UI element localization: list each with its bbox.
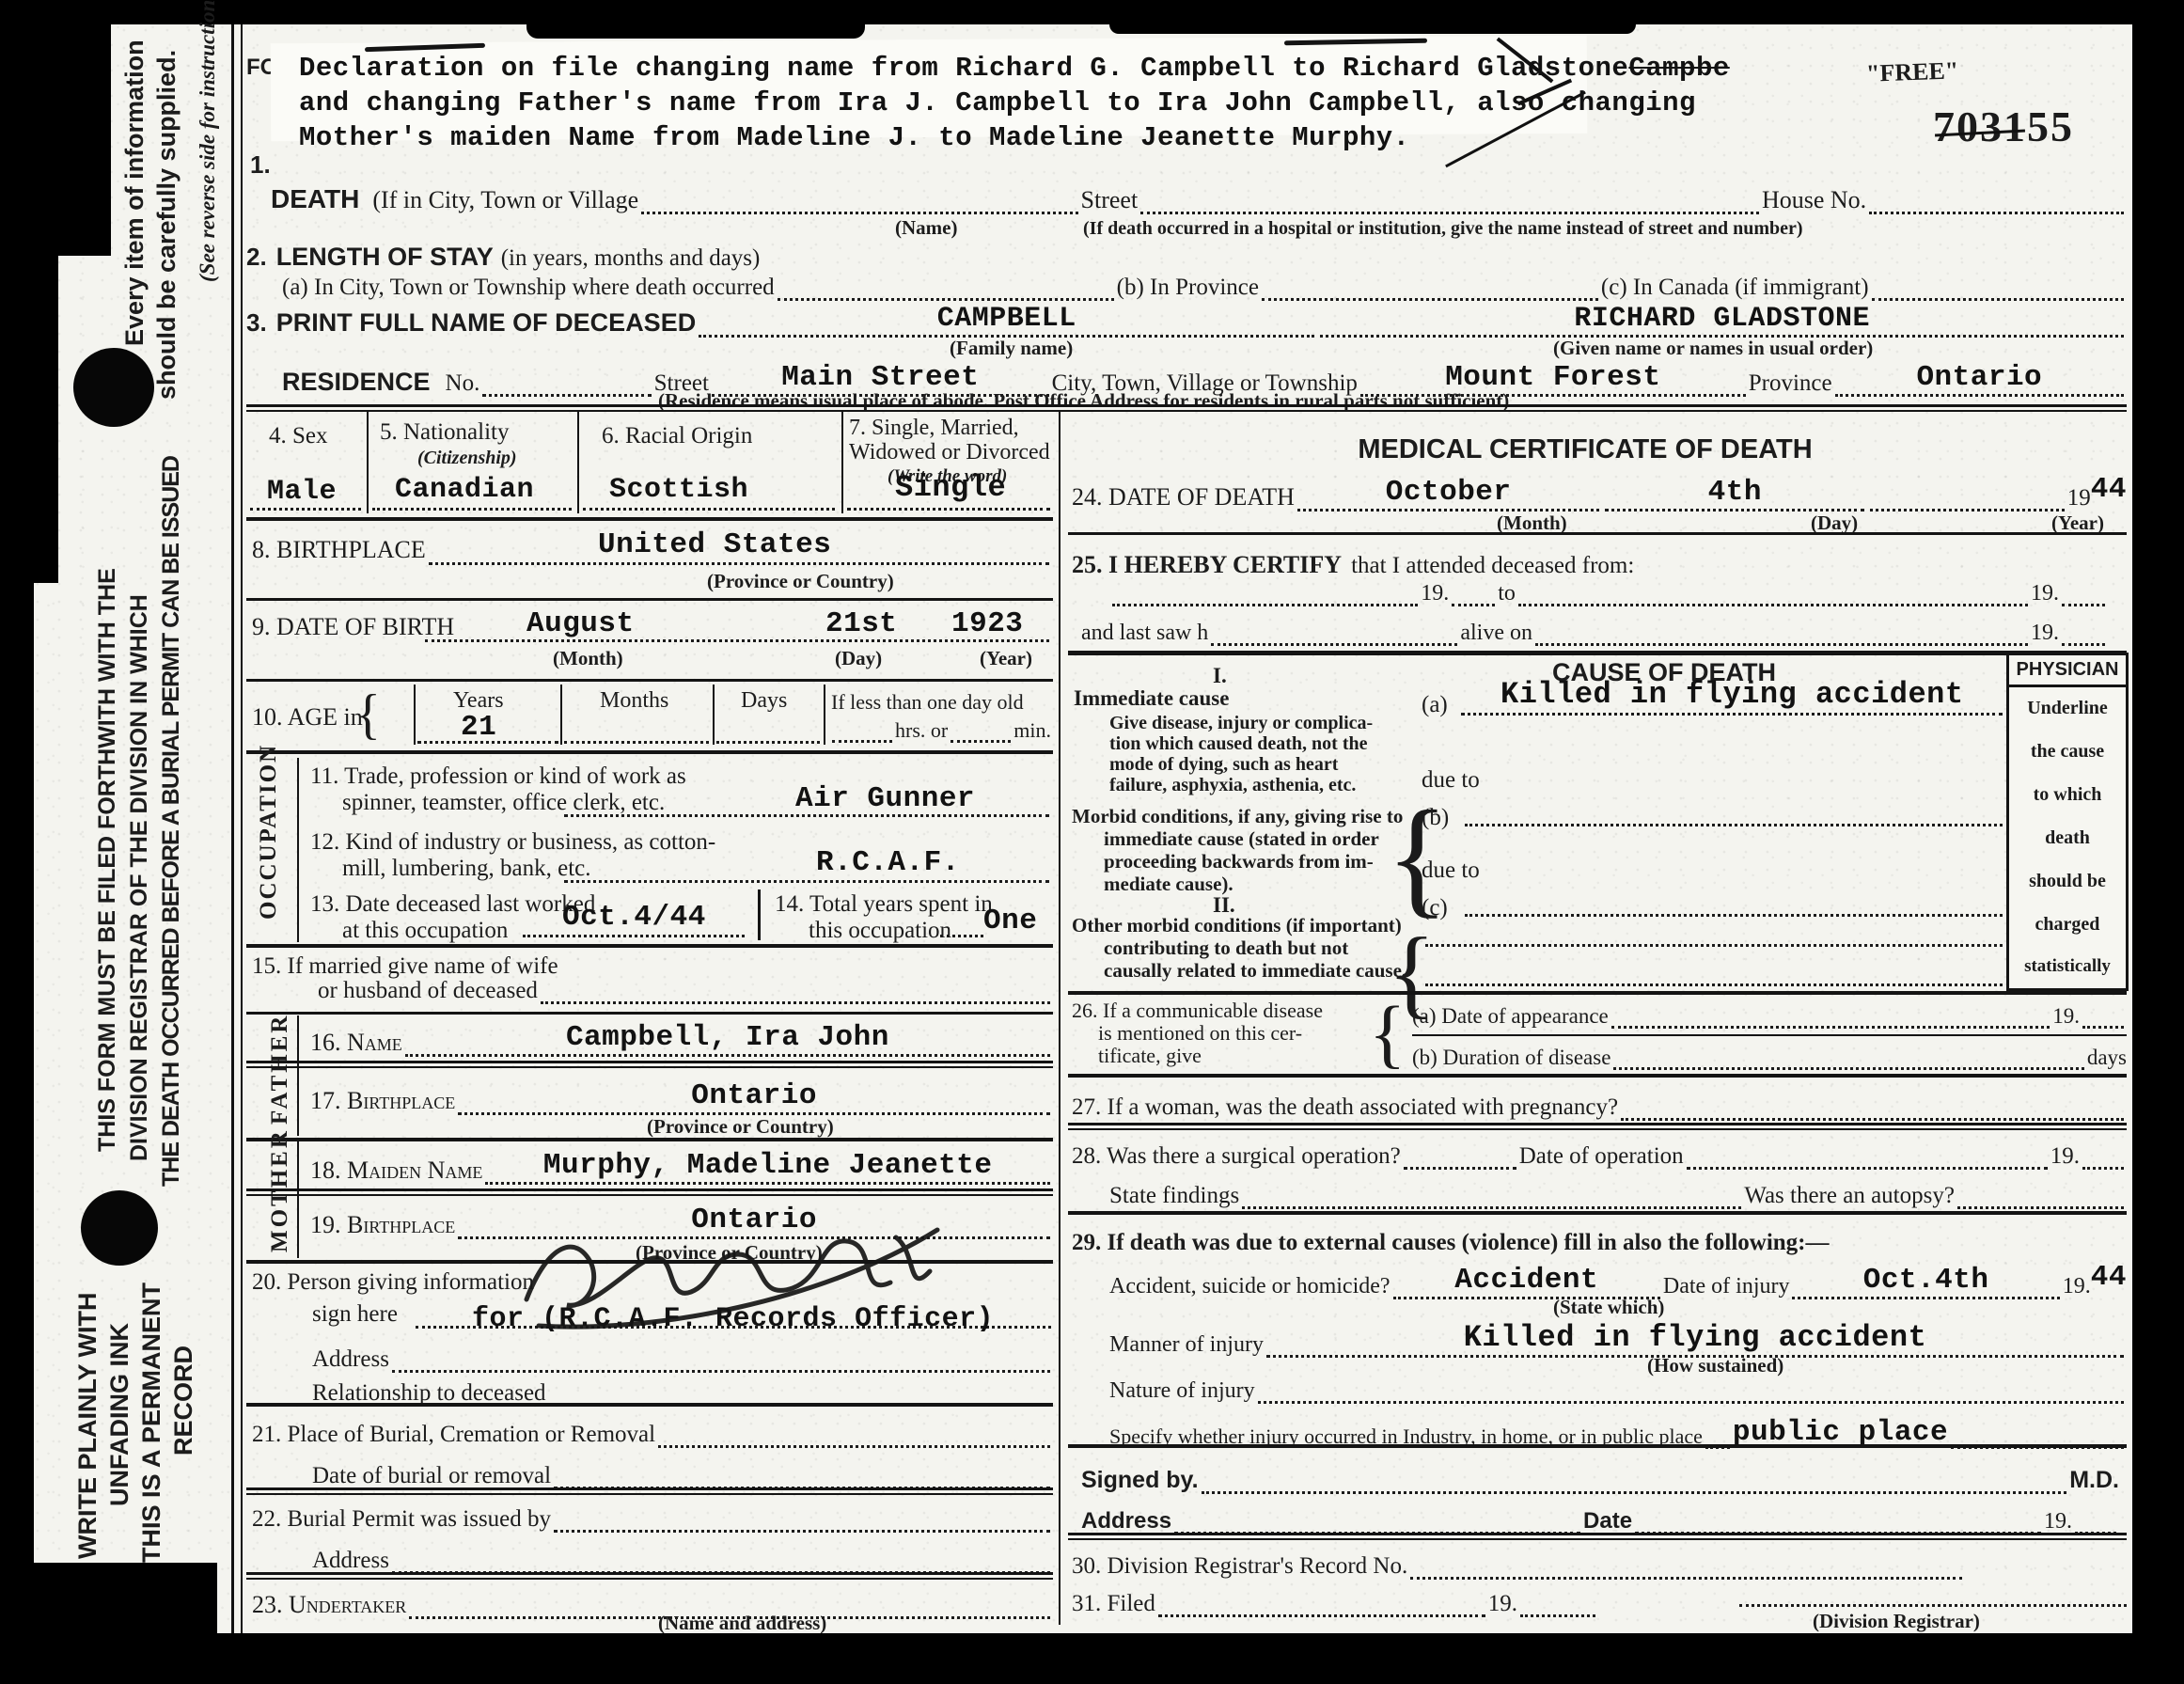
box-divider <box>577 410 579 513</box>
dotted-line: Oct.4th <box>1792 1264 2059 1299</box>
age-years-header: Years <box>453 688 504 714</box>
physician-header: PHYSICIAN <box>2009 655 2126 687</box>
declaration-line2: and changing Father's name from Ira J. C… <box>299 87 1696 118</box>
street-label: Street <box>1081 186 1139 214</box>
declaration-line3: Mother's maiden Name from Madeline J. to… <box>299 122 1410 153</box>
signoff-address-label: Address <box>1081 1508 1171 1534</box>
punch-hole-top <box>73 348 154 427</box>
dotted-line <box>392 1370 1050 1373</box>
q29-kind-value: Accident <box>1454 1264 1598 1297</box>
scan-edge-bottomleft <box>34 1563 217 1638</box>
other-note-1: Other morbid conditions (if important) <box>1072 914 1402 937</box>
burial-date-label: Date of burial or removal <box>312 1463 551 1489</box>
birthplace-hint: (Province or Country) <box>707 570 894 593</box>
father-name-value: Campbell, Ira John <box>566 1021 889 1054</box>
birthplace-value: United States <box>598 528 831 561</box>
given-name-hint: (Given name or names in usual order) <box>1553 337 1873 360</box>
signed-by-label: Signed by. <box>1081 1467 1199 1494</box>
section-rule <box>246 944 1053 948</box>
racial-origin-label: 6. Racial Origin <box>602 423 752 449</box>
physician-note-6: charged <box>2035 914 2100 936</box>
section-rule <box>246 1012 1053 1015</box>
dotted-line <box>2062 643 2105 646</box>
section-rule <box>1068 1533 2127 1540</box>
dob-label: 9. DATE OF BIRTH <box>252 613 454 641</box>
death-label: DEATH <box>271 184 359 214</box>
stay-b-label: (b) In Province <box>1117 275 1259 301</box>
q26-label-2: is mentioned on this cer- <box>1098 1021 1302 1046</box>
margin-note-supply-line2: should be carefully supplied. <box>152 50 181 400</box>
marital-label-line2: Widowed or Divorced <box>849 440 1050 465</box>
q29-nature-label: Nature of injury <box>1109 1378 1255 1404</box>
dotted-line <box>1621 1118 2124 1121</box>
dotted-line <box>429 562 1049 565</box>
q26-label-3: tificate, give <box>1098 1044 1202 1068</box>
name-hint: (Name) <box>895 216 957 240</box>
racial-origin-value: Scottish <box>609 474 748 506</box>
dotted-line: RICHARD GLADSTONE <box>1320 303 2124 338</box>
dotted-line <box>425 639 1049 642</box>
residence-province-value: Ontario <box>1916 361 2042 394</box>
margin-note-write-line2: UNFADING INK <box>105 1323 134 1506</box>
dob-month-value: August <box>526 607 635 640</box>
physician-note-3: to which <box>2034 784 2102 806</box>
q29-date-injury-label: Date of injury <box>1663 1274 1790 1299</box>
occupation-12-label1: 12. Kind of industry or business, as cot… <box>310 829 715 856</box>
family-name-value: CAMPBELL <box>937 303 1076 335</box>
dotted-line: CAMPBELL <box>699 303 1314 338</box>
dotted-line: 4th <box>1605 476 1864 511</box>
nationality-value: Canadian <box>395 474 534 506</box>
age-label: 10. AGE in <box>252 703 363 732</box>
father-birthplace-value: Ontario <box>691 1079 817 1112</box>
marital-label-line1: 7. Single, Married, <box>849 416 1019 441</box>
section-rule <box>1068 1444 2127 1448</box>
birthplace-label: 8. BIRTHPLACE <box>252 536 426 564</box>
undertaker-label: 23. Undertaker <box>252 1591 406 1619</box>
immediate-cause-label: Immediate cause <box>1074 686 1229 711</box>
section-rule <box>246 598 1053 601</box>
dotted-line <box>1611 1026 2050 1029</box>
section-rule <box>246 404 2127 412</box>
dotted-line <box>1461 713 2003 716</box>
dotted-line <box>1465 824 2003 826</box>
morbid-note-2: immediate cause (stated in order <box>1104 827 1379 851</box>
dotted-line <box>1869 212 2124 214</box>
nationality-label: 5. Nationality <box>380 419 509 446</box>
dotted-line <box>1158 1614 1485 1617</box>
margin-note-write-line1: WRITE PLAINLY WITH <box>73 1293 102 1560</box>
dotted-line <box>541 1001 1050 1004</box>
age-years-value: 21 <box>461 711 496 744</box>
q28-autopsy-label: Was there an autopsy? <box>1744 1183 1955 1209</box>
dob-year-hint: (Year) <box>980 647 1032 670</box>
signoff-date-label: Date <box>1583 1508 1632 1534</box>
mother-maiden-name-label: 18. Maiden Name <box>310 1157 482 1185</box>
printed-19: 19. <box>2063 1274 2091 1299</box>
family-name-hint: (Family name) <box>950 337 1073 360</box>
occupation-trade-value: Air Gunner <box>795 782 975 815</box>
q29-how-sustained-hint: (How sustained) <box>1647 1354 1783 1377</box>
section-rule <box>246 517 1053 521</box>
alive-on-label: alive on <box>1460 621 1532 646</box>
dotted-line: October <box>1297 476 1600 511</box>
q29-year-value: 44 <box>2091 1261 2127 1294</box>
q30-label: 30. Division Registrar's Record No. <box>1072 1553 1407 1580</box>
section-rule <box>246 1138 1053 1141</box>
death-year-value: 44 <box>2091 473 2127 506</box>
q31-filed-label: 31. Filed <box>1072 1591 1155 1617</box>
dotted-line: Ontario <box>458 1079 1050 1115</box>
printed-19: 19. <box>2050 1143 2080 1170</box>
group-border <box>297 1141 299 1258</box>
physician-note-5: should be <box>2029 871 2106 892</box>
fullname-number: 3. <box>246 308 267 338</box>
dotted-line <box>1535 643 2028 646</box>
morbid-note-3: proceeding backwards from im- <box>1104 850 1374 873</box>
q26-b-label: (b) Duration of disease <box>1412 1046 1611 1070</box>
fullname-label: PRINT FULL NAME OF DECEASED <box>276 308 697 338</box>
dotted-line <box>417 741 558 744</box>
dotted-line <box>1410 1577 1962 1580</box>
dotted-line: Murphy, Madeline Jeanette <box>485 1149 1050 1185</box>
dotted-line <box>1425 944 2003 947</box>
cause-a-value: Killed in flying accident <box>1501 677 1964 712</box>
dotted-line: Campbell, Ira John <box>405 1021 1050 1057</box>
father-birthplace-hint: (Province or Country) <box>647 1115 834 1139</box>
age-cell-divider <box>713 685 715 745</box>
dotted-line <box>1112 604 1418 606</box>
mother-maiden-name-value: Murphy, Madeline Jeanette <box>543 1149 993 1182</box>
q27-label: 27. If a woman, was the death associated… <box>1072 1094 1618 1121</box>
dotted-line <box>1872 298 2124 301</box>
marital-value: Single <box>895 470 1006 505</box>
physician-note-2: the cause <box>2031 741 2104 763</box>
date-of-death-label: 24. DATE OF DEATH <box>1072 483 1295 511</box>
due-to-label-2: due to <box>1422 858 1480 884</box>
certify-label2: that I attended deceased from: <box>1351 553 1634 579</box>
occupation-last-worked-value: Oct.4/44 <box>562 901 706 934</box>
dotted-line <box>658 1445 1050 1448</box>
father-side-label: FATHER <box>267 1014 293 1125</box>
dotted-line <box>1957 1206 2124 1209</box>
q29-kind-label: Accident, suicide or homicide? <box>1109 1274 1391 1299</box>
medical-certificate-title: MEDICAL CERTIFICATE OF DEATH <box>1256 434 1914 465</box>
dotted-line <box>716 741 820 744</box>
dotted-line <box>847 508 1050 511</box>
section-rule <box>246 1188 1053 1196</box>
cause-b-label: (b) <box>1422 805 1449 831</box>
dotted-line <box>1140 212 1759 214</box>
dotted-line <box>250 508 361 511</box>
to-label: to <box>1498 581 1516 606</box>
dotted-line <box>564 880 1049 883</box>
occupation-total-years-value: One <box>983 905 1037 937</box>
dotted-line <box>641 212 1077 214</box>
physician-note-7: statistically <box>2024 956 2111 977</box>
q26-days-label: days <box>2087 1046 2127 1070</box>
section-rule <box>246 1572 1053 1580</box>
dotted-line <box>1465 914 2003 917</box>
q29-manner-value: Killed in flying accident <box>1464 1320 1927 1355</box>
age-days-header: Days <box>741 688 787 714</box>
residence-no-label: No. <box>446 370 480 397</box>
certify-label: 25. I HEREBY CERTIFY <box>1072 551 1342 579</box>
section-rule <box>1068 1074 2127 1078</box>
margin-note-filed-line2: DIVISION REGISTRAR OF THE DIVISION IN WH… <box>126 594 153 1161</box>
immediate-note-1: Give disease, injury or complica- <box>1109 713 1373 734</box>
dotted-line <box>778 298 1114 301</box>
cause-roman-1: I. <box>1213 664 1227 688</box>
dotted-line <box>1687 1167 2048 1170</box>
occupation-side-label: OCCUPATION <box>256 744 282 920</box>
nationality-hint: (Citizenship) <box>417 448 517 469</box>
scan-edge-left <box>0 0 58 583</box>
burial-permit-address-label: Address <box>312 1548 389 1574</box>
dotted-line <box>583 508 835 511</box>
stay-number: 2. <box>246 243 267 272</box>
box-divider <box>841 410 843 513</box>
dotted-line <box>2082 1026 2124 1029</box>
registration-number: 703155 <box>1933 102 2074 151</box>
informant-label-line1: 20. Person giving information <box>252 1269 534 1296</box>
margin-divider-rule <box>231 24 243 1633</box>
occupation-14-label1: 14. Total years spent in <box>775 891 993 918</box>
occupation-industry-value: R.C.A.F. <box>816 846 960 879</box>
thin-rule <box>1412 1034 2127 1036</box>
q28-date-label: Date of operation <box>1519 1143 1684 1170</box>
q29-state-which-hint: (State which) <box>1553 1296 1664 1319</box>
stay-a-label: (a) In City, Town or Township where deat… <box>282 275 775 301</box>
physician-box: PHYSICIAN Underline the cause to which d… <box>2006 653 2129 991</box>
physician-note-4: death <box>2045 827 2090 849</box>
house-no-label: House No. <box>1762 186 1866 214</box>
dotted-line <box>372 508 572 511</box>
dotted-line: Accident <box>1393 1264 1660 1299</box>
informant-signature <box>512 1215 954 1337</box>
section-rule <box>246 1061 1053 1068</box>
column-divider <box>1059 410 1061 1625</box>
occupation-13-label1: 13. Date deceased last worked <box>310 891 595 918</box>
morbid-note-1: Morbid conditions, if any, giving rise t… <box>1072 805 1403 828</box>
age-hrs-label: hrs. or <box>895 718 948 743</box>
field-divider <box>758 889 761 940</box>
brace-glyph: { <box>355 687 381 743</box>
sex-label: 4. Sex <box>269 423 328 449</box>
father-name-label: 16. Name <box>310 1029 402 1057</box>
section-rule <box>246 1487 1053 1495</box>
stay-c-label: (c) In Canada (if immigrant) <box>1601 275 1869 301</box>
dotted-line <box>1425 984 2003 986</box>
informant-address-label: Address <box>312 1346 389 1373</box>
dotted-line <box>1262 298 1598 301</box>
dotted-line: Ontario <box>1835 361 2124 397</box>
q28-label: 28. Was there a surgical operation? <box>1072 1143 1401 1170</box>
printed-19: 19. <box>2044 1509 2072 1534</box>
occupation-11-label1: 11. Trade, profession or kind of work as <box>310 763 686 790</box>
margin-note-write-line4: RECORD <box>169 1346 198 1456</box>
immediate-note-3: mode of dying, such as heart <box>1109 754 1338 776</box>
group-border <box>297 758 299 942</box>
burial-place-label: 21. Place of Burial, Cremation or Remova… <box>252 1422 655 1448</box>
section-rule <box>1068 1211 2127 1215</box>
mother-birthplace-label: 19. Birthplace <box>310 1211 455 1239</box>
scan-edge-top-bump2 <box>1109 24 1636 34</box>
section-rule <box>1068 532 2127 535</box>
q29-header: 29. If death was due to external causes … <box>1072 1230 1830 1256</box>
street-hint: (If death occurred in a hospital or inst… <box>1083 218 1803 240</box>
residence-label: RESIDENCE <box>282 368 431 397</box>
brace-glyph: { <box>1369 995 1406 1072</box>
age-cell-divider <box>560 685 562 745</box>
undertaker-hint: (Name and address) <box>658 1612 826 1635</box>
stay-label: LENGTH OF STAY <box>276 243 494 272</box>
cause-a-label: (a) <box>1422 692 1448 718</box>
dotted-line <box>554 1530 1050 1533</box>
declaration-line1: Declaration on file changing name from R… <box>299 53 1628 84</box>
informant-label-line2: sign here <box>312 1301 398 1328</box>
dotted-line <box>1202 1491 2067 1494</box>
dob-day-value: 21st <box>825 607 897 640</box>
dotted-line <box>1520 1614 1595 1617</box>
section-rule <box>1068 1123 2127 1130</box>
q29-manner-label: Manner of injury <box>1109 1332 1264 1358</box>
immediate-note-2: tion which caused death, not the <box>1109 733 1367 755</box>
section-rule <box>1068 991 2127 995</box>
dotted-line <box>951 740 1011 743</box>
death-certificate-scan: Every item of information should be care… <box>0 0 2184 1684</box>
dotted-line <box>564 741 709 744</box>
group-border <box>297 1015 299 1136</box>
residence-province-label: Province <box>1749 370 1832 397</box>
declaration-line1-struckout: Campbe <box>1628 53 1729 84</box>
dob-day-hint: (Day) <box>835 647 882 670</box>
death-month-value: October <box>1386 476 1512 509</box>
age-cell-divider <box>414 685 416 745</box>
dotted-line <box>1242 1206 1741 1209</box>
age-min-label: min. <box>1013 718 1051 743</box>
last-saw-label: and last saw h <box>1081 621 1208 646</box>
dotted-line <box>1870 509 2065 511</box>
section-rule <box>246 750 1053 754</box>
age-cell-divider <box>824 685 825 745</box>
margin-note-reverse-side: (See reverse side for instructions) <box>196 0 220 282</box>
death-day-value: 4th <box>1708 476 1762 509</box>
dotted-line <box>523 935 745 937</box>
dotted-line <box>564 814 1049 817</box>
printed-19: 19 <box>2067 485 2091 511</box>
item-1-number: 1. <box>250 150 271 180</box>
death-paren-label: (If in City, Town or Village <box>372 186 638 214</box>
section-rule <box>246 679 1053 682</box>
sex-value: Male <box>267 476 337 508</box>
age-months-header: Months <box>600 688 668 714</box>
dotted-line <box>1739 1604 2127 1607</box>
dotted-line <box>1518 604 2028 606</box>
other-note-2: contributing to death but not <box>1104 936 1348 960</box>
punch-hole-bottom <box>81 1190 158 1266</box>
section-rule <box>1068 651 2127 655</box>
other-note-3: causally related to immediate cause. <box>1104 959 1406 983</box>
spouse-label-line1: 15. If married give name of wife <box>252 953 558 980</box>
margin-note-write-line3: THIS IS A PERMANENT <box>137 1283 166 1563</box>
printed-19: 19. <box>2052 1004 2080 1029</box>
q29-date-injury-value: Oct.4th <box>1863 1264 1989 1297</box>
dotted-line: Killed in flying accident <box>1266 1320 2124 1358</box>
dotted-line <box>1613 1067 2083 1070</box>
occupation-14-label2: this occupation <box>809 918 951 944</box>
margin-note-supply-line1: Every item of information <box>120 39 149 346</box>
dotted-line <box>1211 643 1457 646</box>
printed-19: 19. <box>2031 581 2059 606</box>
dotted-line <box>482 394 651 397</box>
md-label: M.D. <box>2069 1467 2119 1494</box>
spouse-label-line2: or husband of deceased <box>318 978 538 1004</box>
margin-note-filed-line3: THE DEATH OCCURRED BEFORE A BURIAL PERMI… <box>158 456 185 1187</box>
occupation-13-label2: at this occupation <box>342 918 508 944</box>
dotted-line <box>2062 604 2105 606</box>
printed-19: 19. <box>2031 621 2059 646</box>
burial-permit-label: 22. Burial Permit was issued by <box>252 1506 551 1533</box>
section-rule <box>246 1403 1053 1407</box>
q26-a-label: (a) Date of appearance <box>1412 1004 1609 1029</box>
dotted-line <box>1452 604 1495 606</box>
q28-state-label: State findings <box>1109 1183 1239 1209</box>
given-name-value: RICHARD GLADSTONE <box>1574 303 1870 335</box>
q26-label-1: 26. If a communicable disease <box>1072 999 1323 1023</box>
occupation-11-label2: spinner, teamster, office clerk, etc. <box>342 790 665 816</box>
dotted-line <box>1404 1167 1516 1170</box>
physician-note-1: Underline <box>2027 698 2108 719</box>
father-birthplace-label: 17. Birthplace <box>310 1087 455 1115</box>
dotted-line <box>940 935 983 937</box>
printed-19: 19. <box>1488 1591 1517 1617</box>
age-less-header: If less than one day old <box>831 690 1024 715</box>
division-registrar-hint: (Division Registrar) <box>1813 1610 1980 1633</box>
margin-note-filed-line1: THIS FORM MUST BE FILED FORTHWITH WITH T… <box>94 568 121 1152</box>
printed-19: 19. <box>1421 581 1449 606</box>
free-stamp: "FREE" <box>1866 56 1959 87</box>
dob-year-value: 1923 <box>951 607 1023 640</box>
stay-paren: (in years, months and days) <box>501 245 761 272</box>
dob-month-hint: (Month) <box>553 647 623 670</box>
immediate-note-4: failure, asphyxia, asthenia, etc. <box>1109 775 1356 796</box>
box-divider <box>367 410 369 513</box>
occupation-12-label2: mill, lumbering, bank, etc. <box>342 856 591 882</box>
dotted-line <box>1258 1401 2124 1404</box>
dotted-line <box>832 740 892 743</box>
dotted-line <box>2082 1167 2124 1170</box>
scan-edge-top-bump <box>526 24 865 39</box>
